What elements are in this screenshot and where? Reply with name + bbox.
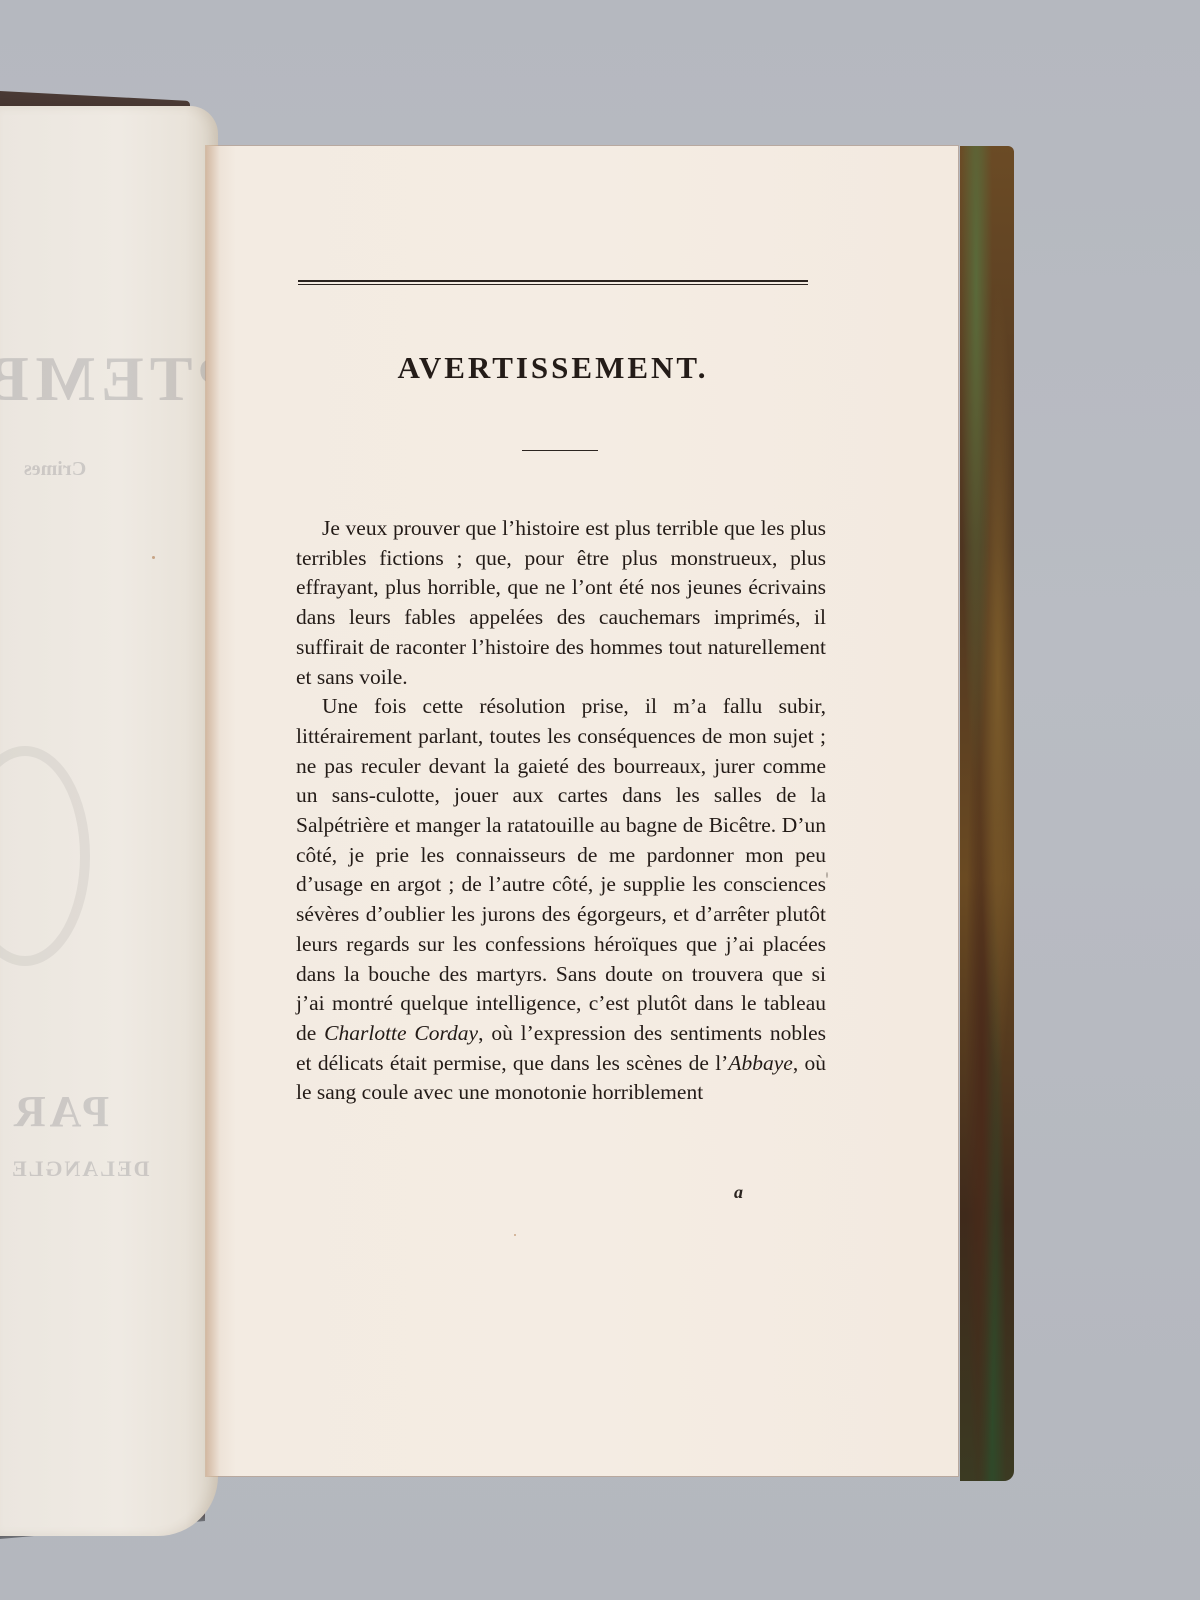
bleed-through-subtitle: Crimes <box>24 458 86 481</box>
bleed-through-imprint: PAR <box>10 1086 109 1137</box>
foxing-spot <box>826 872 828 878</box>
foxing-spot <box>514 1234 516 1236</box>
foxing-spot <box>152 556 155 559</box>
right-page: AVERTISSEMENT. Je veux prouver que l’his… <box>206 146 958 1476</box>
paragraph-2-part-1: Une fois cette résolution prise, il m’a … <box>296 694 826 1045</box>
signature-mark: a <box>734 1182 743 1203</box>
book-cover-marbled-right-edge <box>960 146 1014 1481</box>
paragraph-2: Une fois cette résolution prise, il m’a … <box>296 692 826 1108</box>
gutter-shadow <box>206 146 220 1476</box>
page-heading: AVERTISSEMENT. <box>298 350 808 386</box>
bleed-through-publisher: DELANGLE <box>10 1156 149 1182</box>
italic-charlotte-corday: Charlotte Corday <box>324 1021 478 1045</box>
left-page: SEPTEMB Crimes PAR DELANGLE <box>0 106 218 1536</box>
bleed-through-vignette <box>0 746 90 966</box>
top-double-rule <box>298 280 808 285</box>
paragraph-1: Je veux prouver que l’histoire est plus … <box>296 514 826 692</box>
italic-abbaye: Abbaye <box>728 1051 792 1075</box>
body-text: Je veux prouver que l’histoire est plus … <box>296 514 826 1108</box>
heading-divider-rule <box>522 450 598 451</box>
